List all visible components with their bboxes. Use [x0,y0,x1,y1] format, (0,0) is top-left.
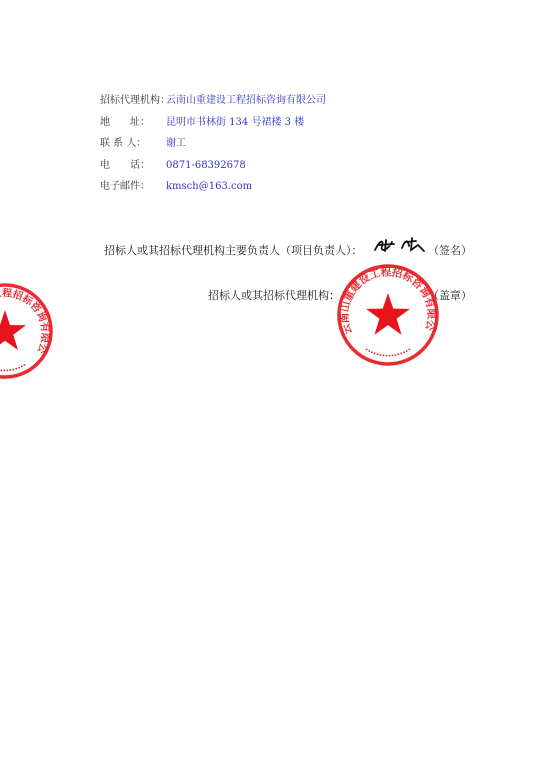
agency-label: 招标代理机构： [100,94,166,108]
responsible-signature-line: 招标人或其招标代理机构主要负责人（项目负责人）： [104,244,363,258]
email-line: 电子邮件：kmsch@163.com [100,180,252,194]
phone-line: 电 话：0871-68392678 [100,159,246,173]
email-value: kmsch@163.com [166,181,252,192]
responsible-label: 招标人或其招标代理机构主要负责人（项目负责人）： [104,244,363,257]
address-value: 昆明市书林街 134 号裙楼 3 楼 [166,117,304,128]
partial-seal-star-icon [0,310,26,350]
contact-person-line: 联 系 人：谢工 [100,137,186,151]
seal-star-icon [366,293,410,335]
sign-suffix: （签名） [428,244,472,258]
company-seal-stamp: 云南山重建设工程招标咨询有限公司 [336,263,440,367]
signature-scribble-icon [372,236,430,254]
phone-label: 电 话： [100,159,166,173]
agency-value: 云南山重建设工程招标咨询有限公司 [166,95,326,106]
address-label: 地 址： [100,116,166,130]
seal-line-label: 招标人或其招标代理机构： [208,289,340,303]
contact-person-value: 谢工 [166,138,186,149]
partial-seal-stamp: 云南山重建设工程招标咨询有限公司 [0,282,54,380]
contact-person-label: 联 系 人： [100,137,166,151]
address-line: 地 址：昆明市书林街 134 号裙楼 3 楼 [100,116,304,130]
phone-value: 0871-68392678 [166,160,246,171]
agency-line: 招标代理机构：云南山重建设工程招标咨询有限公司 [100,94,326,108]
handwritten-signature [372,236,430,258]
email-label: 电子邮件： [100,180,166,194]
